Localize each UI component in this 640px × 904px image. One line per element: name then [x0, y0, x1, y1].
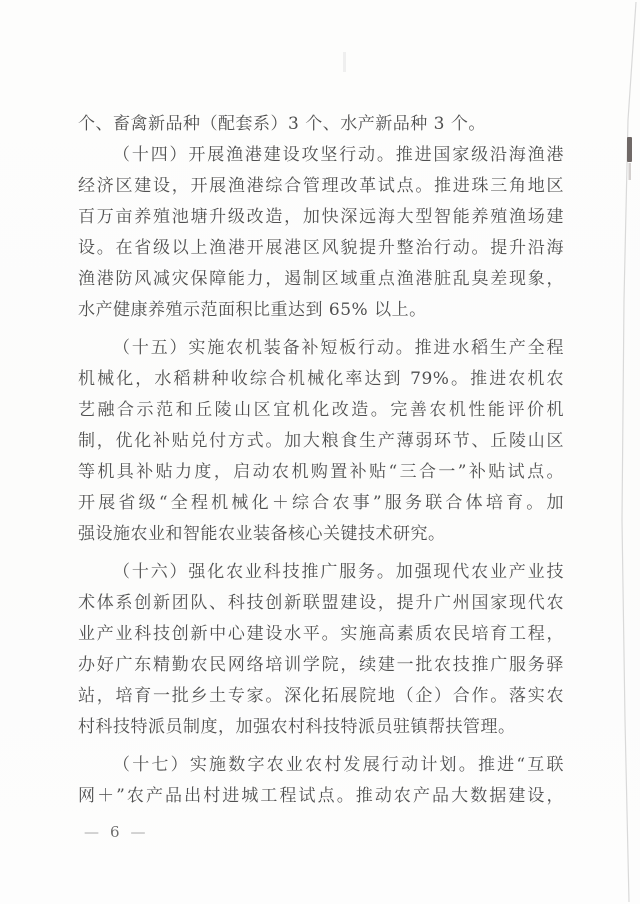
- footer-dash-left: —: [84, 823, 99, 841]
- text-line: 办好广东精勤农民网络培训学院，续建一批农技推广服务驿: [78, 650, 564, 681]
- page-number: 6: [110, 823, 120, 841]
- text-line: 个、畜禽新品种（配套系）3 个、水产新品种 3 个。: [78, 109, 564, 140]
- text-line: 水产健康养殖示范面积比重达到 65% 以上。: [78, 295, 564, 326]
- scan-edge-line: [622, 2, 636, 902]
- text-line: 站，培育一批乡土专家。深化拓展院地（企）合作。落实农: [78, 681, 564, 712]
- paragraph-item-17: （十七）实施数字农业农村发展行动计划。推进“互联网＋”农产品出村进城工程试点。推…: [78, 750, 564, 812]
- text-line: 业产业科技创新中心建设水平。实施高素质农民培育工程，: [78, 619, 564, 650]
- text-line: 百万亩养殖池塘升级改造，加快深远海大型智能养殖渔场建: [78, 202, 564, 233]
- document-page: 个、畜禽新品种（配套系）3 个、水产新品种 3 个。（十四）开展渔港建设攻坚行动…: [0, 0, 640, 904]
- text-line: 等机具补贴力度，启动农机购置补贴“三合一”补贴试点。: [78, 457, 564, 488]
- paragraph-item-15: （十五）实施农机装备补短板行动。推进水稻生产全程机械化，水稻耕种收综合机械化率达…: [78, 333, 564, 550]
- text-line: （十四）开展渔港建设攻坚行动。推进国家级沿海渔港: [78, 140, 564, 171]
- text-line: 开展省级“全程机械化＋综合农事”服务联合体培育。加: [78, 488, 564, 519]
- text-line: 村科技特派员制度，加强农村科技特派员驻镇帮扶管理。: [78, 712, 564, 743]
- paragraph-continuation: 个、畜禽新品种（配套系）3 个、水产新品种 3 个。: [78, 109, 564, 140]
- scan-mark-tail: [629, 163, 632, 180]
- text-line: 术体系创新团队、科技创新联盟建设，提升广州国家现代农: [78, 588, 564, 619]
- paragraph-item-14: （十四）开展渔港建设攻坚行动。推进国家级沿海渔港经济区建设，开展渔港综合管理改革…: [78, 140, 564, 326]
- paragraph-item-16: （十六）强化农业科技推广服务。加强现代农业产业技术体系创新团队、科技创新联盟建设…: [78, 557, 564, 743]
- text-line: 渔港防风减灾保障能力，遏制区域重点渔港脏乱臭差现象，: [78, 264, 564, 295]
- text-line: 设。在省级以上渔港开展港区风貌提升整治行动。提升沿海: [78, 233, 564, 264]
- scan-mark: [627, 137, 632, 162]
- text-line: 机械化，水稻耕种收综合机械化率达到 79%。推进农机农: [78, 364, 564, 395]
- text-line: 制，优化补贴兑付方式。加大粮食生产薄弱环节、丘陵山区: [78, 426, 564, 457]
- text-line: 强设施农业和智能农业装备核心关键技术研究。: [78, 519, 564, 550]
- document-body: 个、畜禽新品种（配套系）3 个、水产新品种 3 个。（十四）开展渔港建设攻坚行动…: [78, 109, 564, 812]
- text-line: （十六）强化农业科技推广服务。加强现代农业产业技: [78, 557, 564, 588]
- text-line: 网＋”农产品出村进城工程试点。推动农产品大数据建设，: [78, 781, 564, 812]
- scan-smudge: [343, 52, 346, 72]
- text-line: （十七）实施数字农业农村发展行动计划。推进“互联: [78, 750, 564, 781]
- page-footer: —6—: [84, 822, 146, 842]
- footer-dash-right: —: [131, 823, 146, 841]
- text-line: （十五）实施农机装备补短板行动。推进水稻生产全程: [78, 333, 564, 364]
- text-line: 艺融合示范和丘陵山区宜机化改造。完善农机性能评价机: [78, 395, 564, 426]
- text-line: 经济区建设，开展渔港综合管理改革试点。推进珠三角地区: [78, 171, 564, 202]
